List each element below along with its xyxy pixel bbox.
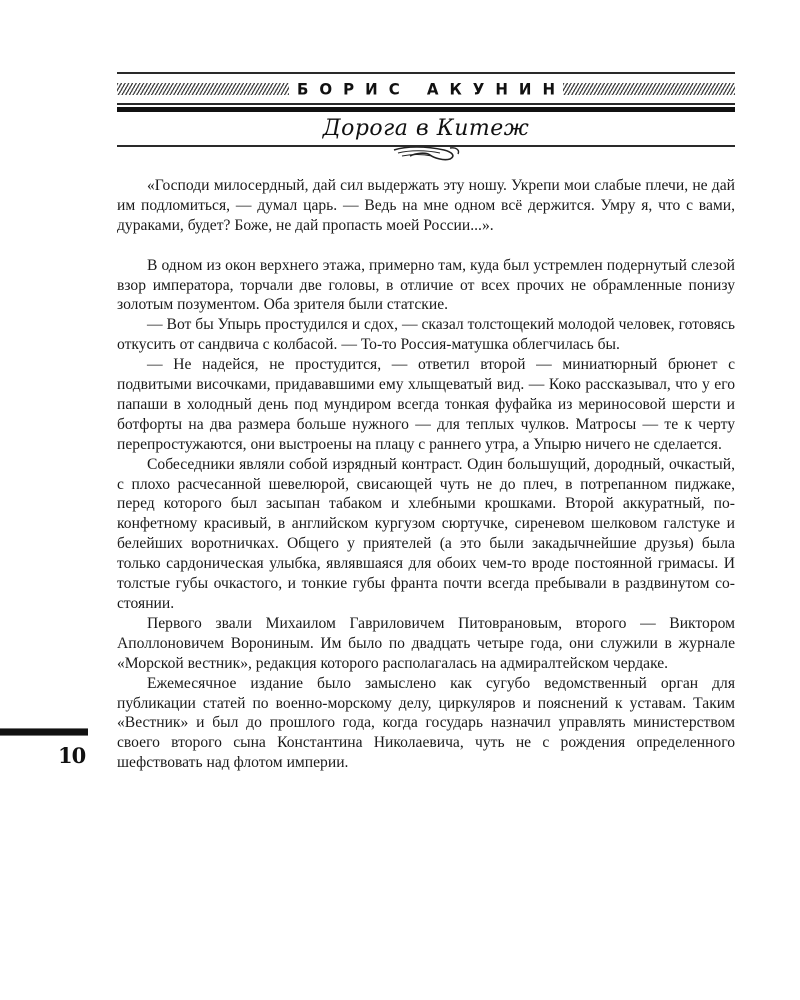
- hatch-ornament-right: [563, 83, 735, 95]
- hatch-ornament-left: [117, 83, 289, 95]
- book-title: Дорога в Китеж: [117, 115, 735, 143]
- paragraph: — Не надейся, не простудится, — ответил …: [117, 355, 735, 455]
- page-text: «Господи милосердный, дай сил выдержать …: [117, 176, 735, 773]
- header-top-rule: [117, 72, 735, 74]
- paragraph: Собеседники являли собой изрядный контра…: [117, 455, 735, 614]
- header-double-rule: [117, 103, 735, 112]
- paragraph: «Господи милосердный, дай сил выдержать …: [117, 176, 735, 236]
- paragraph: — Вот бы Упырь простудился и сдох, — ска…: [117, 315, 735, 355]
- page-number: 10: [58, 744, 85, 768]
- author-name: БОРИС АКУНИН: [289, 82, 574, 97]
- author-band: БОРИС АКУНИН: [117, 82, 735, 96]
- flourish-ornament-icon: [386, 144, 466, 162]
- paragraph: В одном из окон верхнего этажа, примерно…: [117, 256, 735, 316]
- paragraph: Ежемесячное издание было замыслено как с…: [117, 674, 735, 774]
- running-header: БОРИС АКУНИН Дорога в Китеж: [117, 70, 735, 180]
- paragraph: Первого звали Михаилом Гавриловичем Пито…: [117, 614, 735, 674]
- page-number-rule: [0, 728, 88, 736]
